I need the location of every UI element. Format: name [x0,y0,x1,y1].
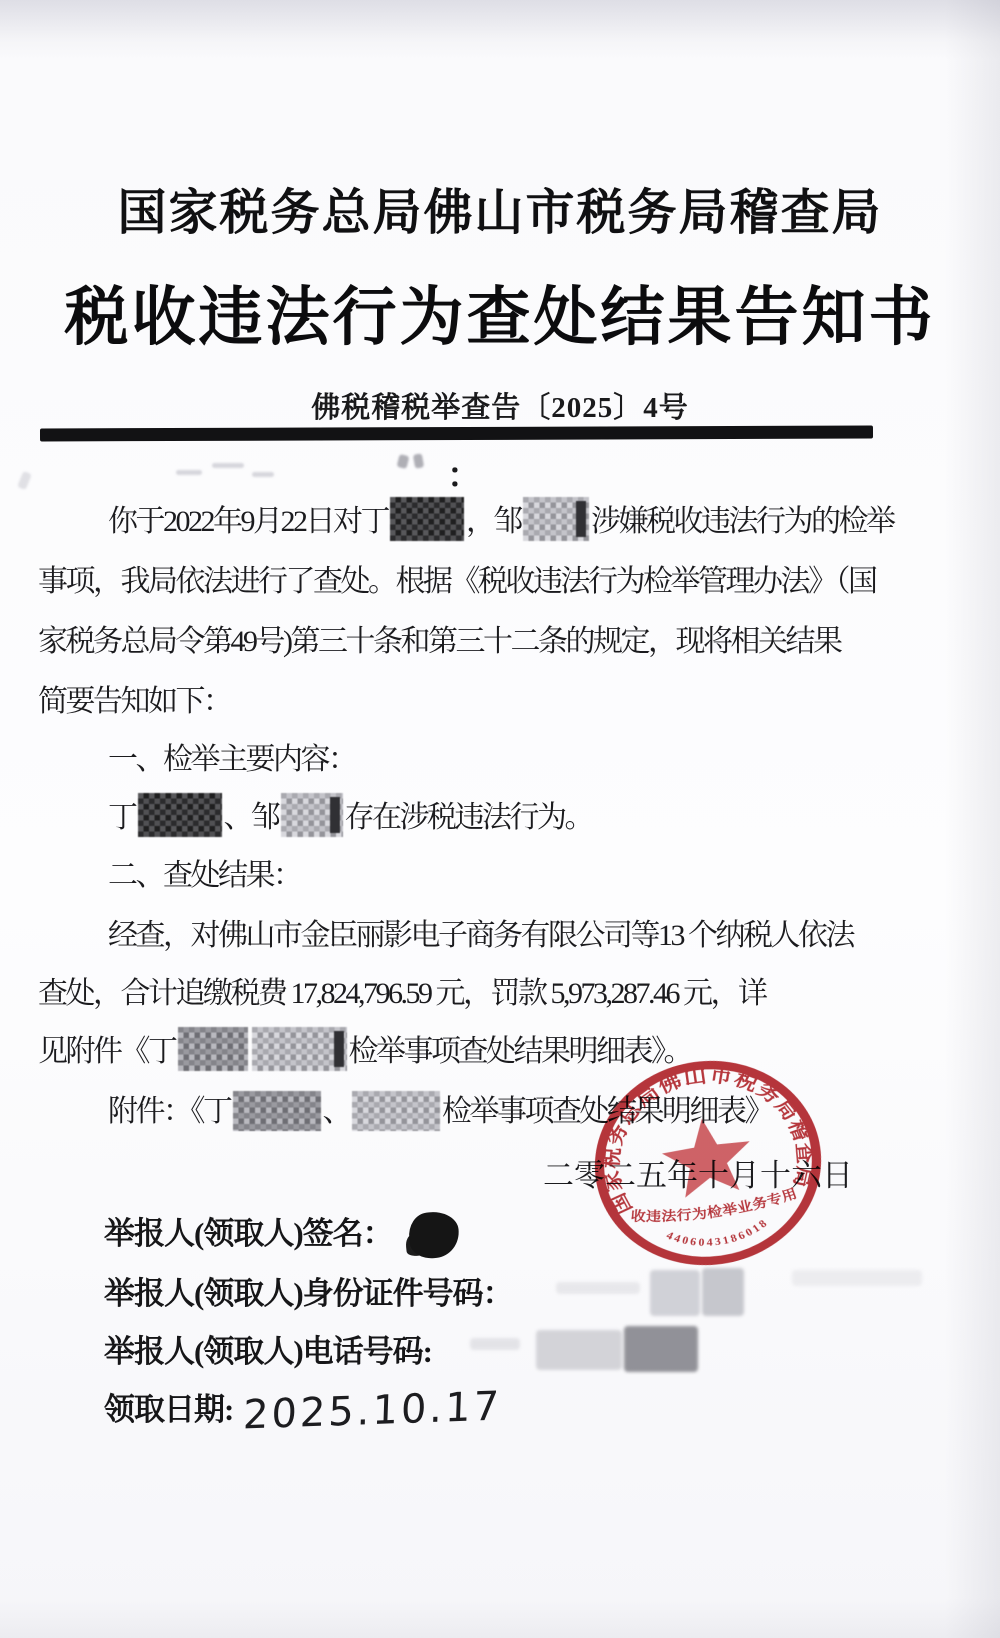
body-text: 附件：《丁 [108,1095,231,1128]
scan-shadow-bottom [0,1598,1000,1638]
redaction-ghost [252,472,274,477]
body-line-2: 事项，我局依法进行了查处。根据《税收违法行为检举管理办法》（国 [38,556,876,600]
scan-shadow-top [0,0,1000,60]
redacted-name-mosaic [138,793,222,837]
pickup-date-line: 领取日期:2025.10.17 [104,1384,502,1434]
official-seal: 国家税务总局佛山市税务局稽查局 税收违法行为检举业务专用章 4406043186… [575,1040,840,1285]
redacted-name-mosaic [281,793,343,837]
document-title: 税收违法行为查处结果告知书 [0,266,1000,358]
redaction-ghost [397,454,410,469]
result-line-3: 见附件《丁检举事项查处结果明细表》。 [38,1026,691,1071]
addressee-line: ： [0,450,1000,498]
handwritten-pickup-date: 2025.10.17 [243,1383,503,1438]
redaction-ghost [413,453,424,468]
signature-line: 举报人(领取人)签名： [104,1208,459,1258]
section1-heading: 一、检举主要内容： [38,734,356,778]
body-text: 一、检举主要内容： [108,743,356,776]
redaction-ghost [212,463,244,468]
redaction-ghost [176,470,202,475]
redacted-phone-number [624,1326,698,1372]
body-text: 见附件《丁 [38,1035,176,1068]
title-divider-rule [40,426,873,442]
phone-number-label: 举报人(领取人)电话号码: [104,1334,432,1369]
scan-shadow-right [945,0,1000,1638]
id-number-label: 举报人(领取人)身份证件号码： [104,1276,513,1311]
body-text: 经查，对佛山市金臣丽影电子商务有限公司等13 个纳税人依法 [108,919,853,952]
body-text: ，邹 [466,505,521,538]
body-text: 事项，我局依法进行了查处。根据《税收违法行为检举管理办法》（国 [38,565,876,598]
redacted-signature [406,1210,461,1261]
redaction-ghost [470,1338,520,1350]
body-text: 查处，合计追缴税费 17,824,796.59 元，罚款 5,973,287.4… [38,977,766,1010]
result-line-1: 经查，对佛山市金臣丽影电子商务有限公司等13 个纳税人依法 [38,910,853,954]
body-text: 涉嫌税收违法行为的检举 [591,505,894,538]
redaction-ghost [792,1270,922,1286]
redaction-ghost [556,1282,640,1294]
redacted-name-mosaic [390,497,464,541]
redacted-name-mosaic [233,1091,321,1131]
redacted-id-number [702,1268,744,1316]
section1-content: 丁、邹存在涉税违法行为。 [38,792,592,837]
section2-heading: 二、查处结果： [38,850,301,894]
id-number-line: 举报人(领取人)身份证件号码： [104,1268,513,1313]
body-text: 、邹 [224,801,279,834]
seal-star-icon [658,1113,756,1200]
redacted-name-mosaic [252,1027,347,1071]
body-line-3: 家税务总局令第49号)第三十条和第三十二条的规定，现将相关结果 [38,616,841,660]
redacted-name-mosaic [352,1091,440,1131]
phone-number-line: 举报人(领取人)电话号码: [104,1326,432,1371]
body-text: 家税务总局令第49号)第三十条和第三十二条的规定，现将相关结果 [38,625,841,658]
body-line-4: 简要告知如下： [38,676,231,720]
redacted-phone-number [536,1330,622,1370]
body-text: 丁 [108,801,136,834]
body-text: 简要告知如下： [38,685,231,718]
pickup-date-label: 领取日期: [104,1392,233,1427]
scanned-tax-notice-page: 国家税务总局佛山市税务局稽查局 税收违法行为查处结果告知书 佛税稽税举查告〔20… [0,0,1000,1638]
body-text: 你于2022年9月22日对丁 [108,505,388,538]
redacted-name-mosaic [178,1027,248,1071]
document-number: 佛税稽税举查告〔2025〕4号 [0,385,1000,426]
signature-label: 举报人(领取人)签名： [104,1216,393,1251]
body-text: 存在涉税违法行为。 [345,801,593,834]
body-line-1: 你于2022年9月22日对丁，邹涉嫌税收违法行为的检举 [38,496,894,541]
redacted-name-mosaic [523,497,589,541]
result-line-2: 查处，合计追缴税费 17,824,796.59 元，罚款 5,973,287.4… [38,968,766,1012]
addressee-colon: ： [447,448,481,497]
body-text: 、 [323,1095,351,1128]
body-text: 检举事项查处结果明细表》。 [349,1035,692,1068]
agency-title: 国家税务总局佛山市税务局稽查局 [0,174,1000,244]
redaction-ghost [17,471,32,490]
body-text: 二、查处结果： [108,859,301,892]
